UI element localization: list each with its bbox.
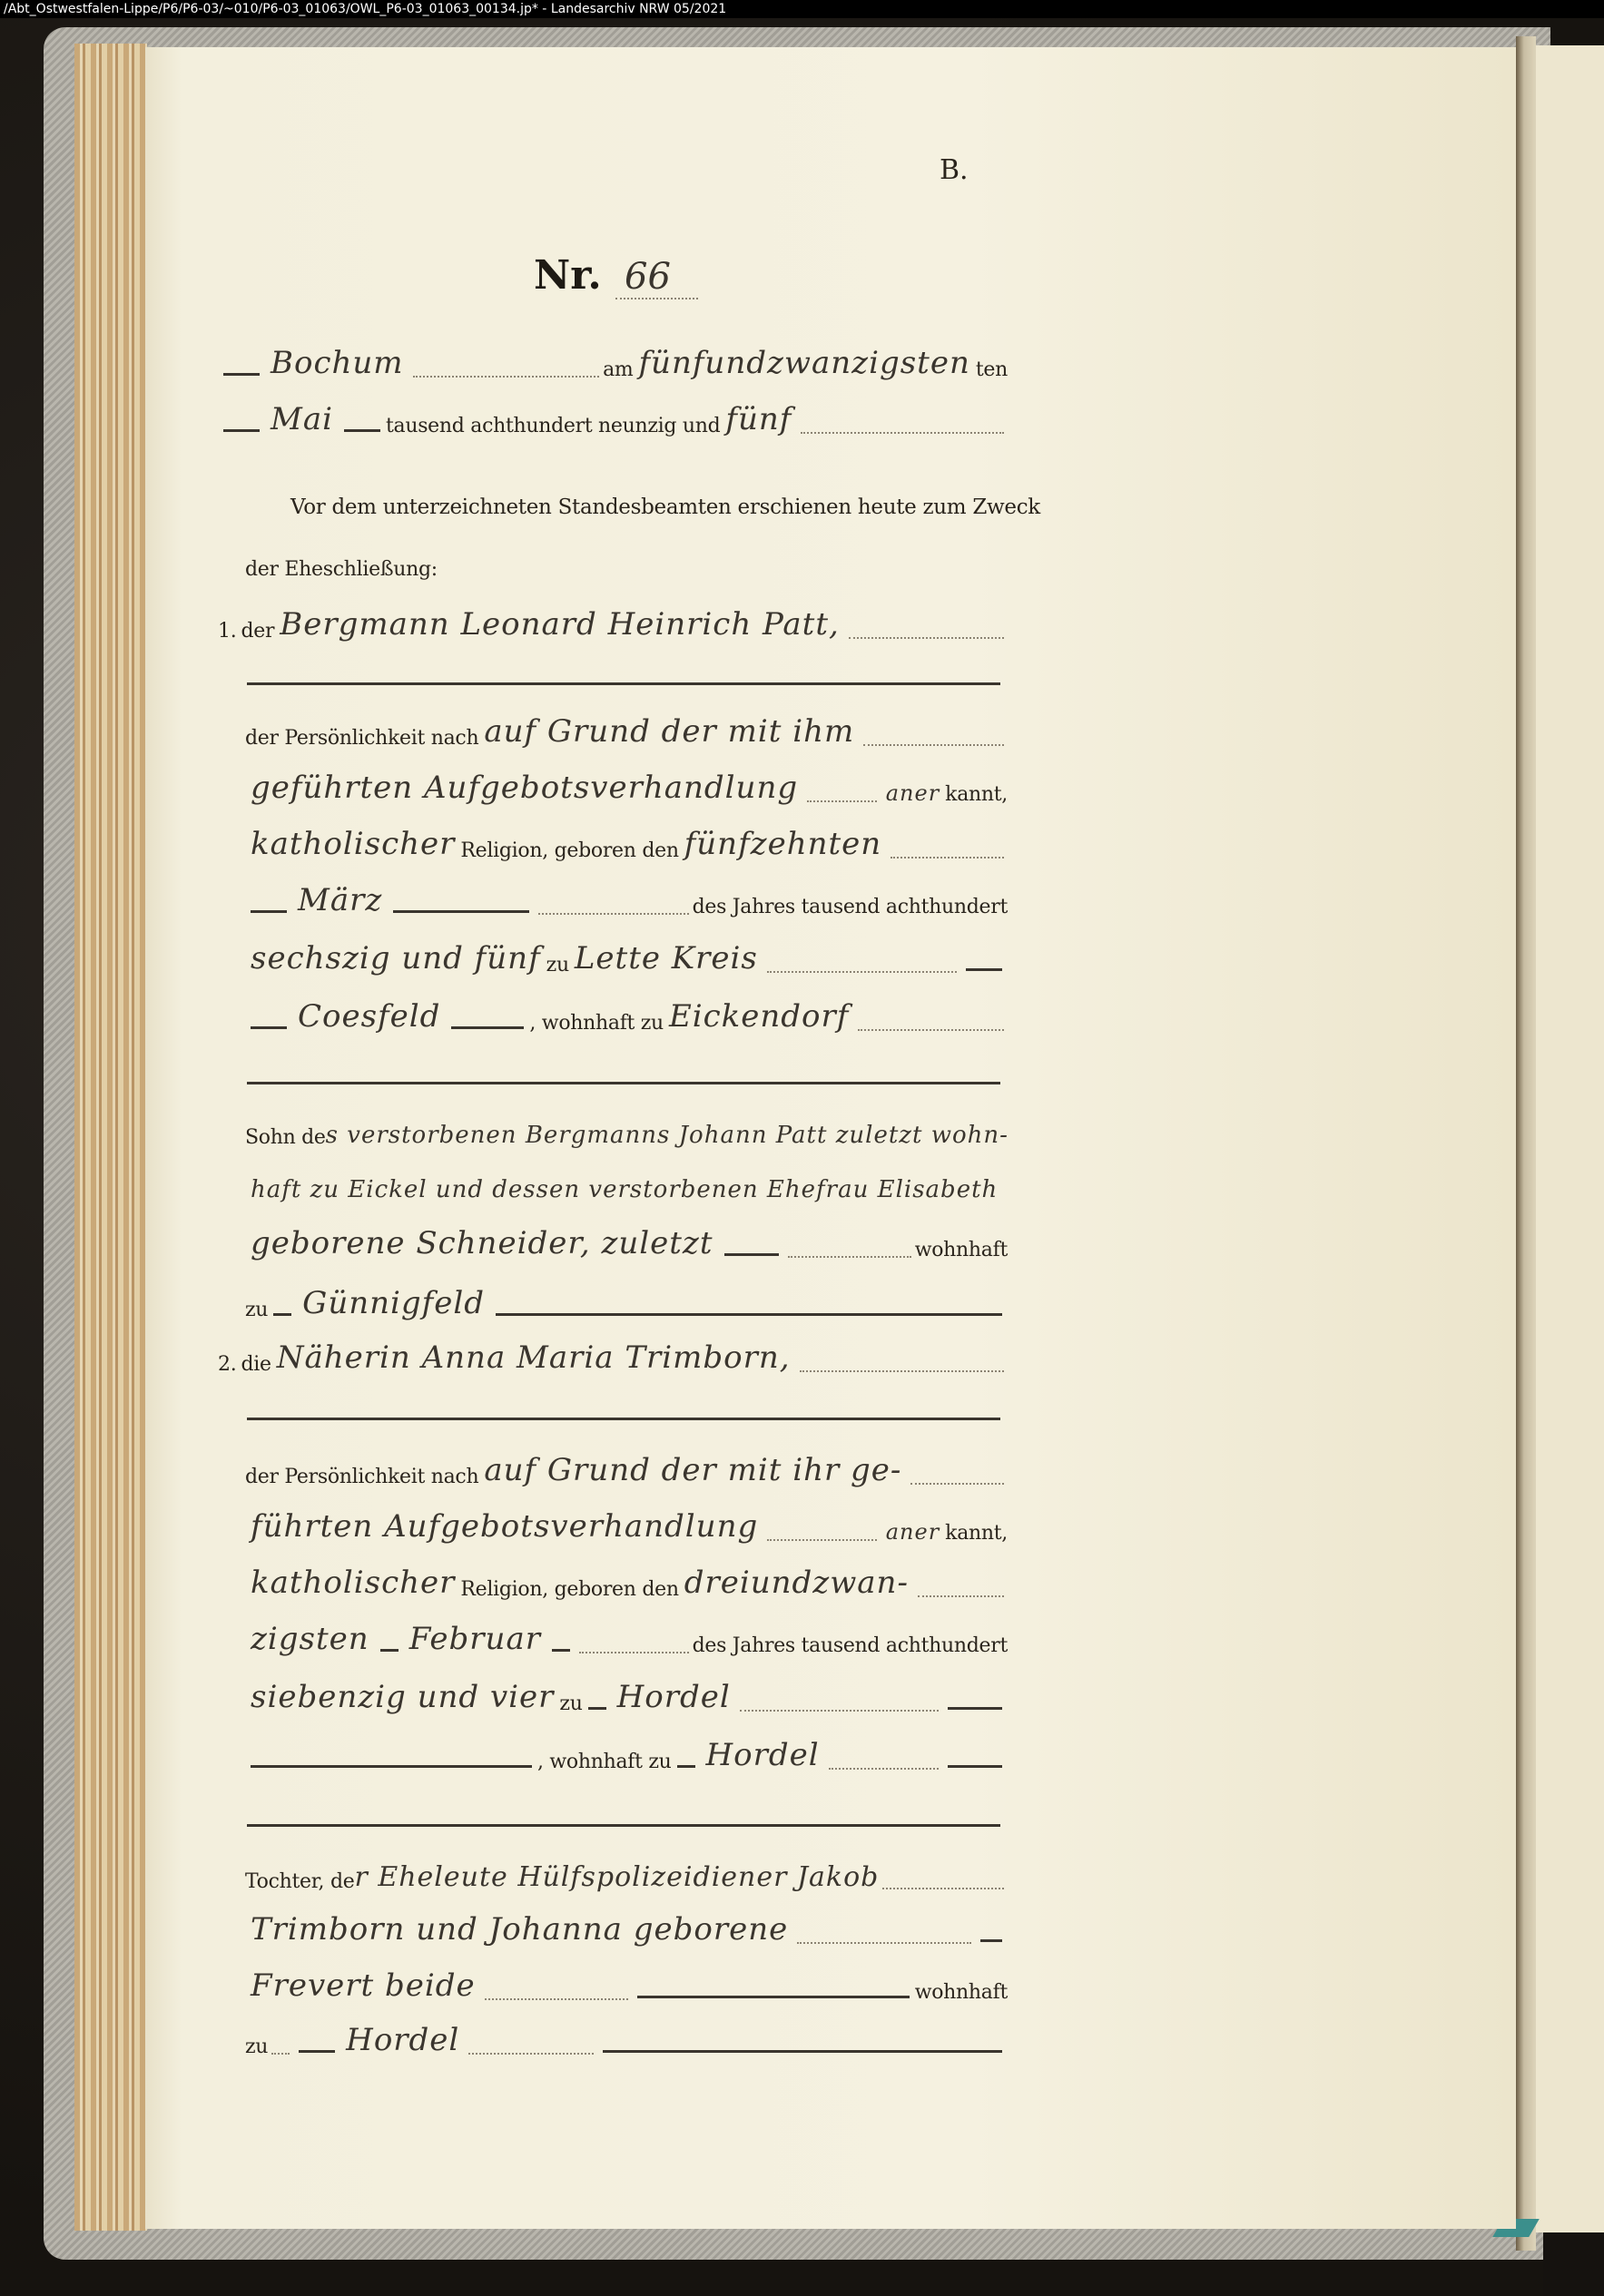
filler-dash	[223, 429, 260, 432]
groom-year-row: sechszig und fünf zu Lette Kreis	[245, 931, 1008, 976]
residence-label: , wohnhaft zu	[537, 1751, 672, 1773]
year-text: tausend achthundert neunzig und	[386, 415, 720, 437]
date-row: Mai tausend achthundert neunzig und fünf	[218, 392, 1008, 437]
day-hand: fünfundzwanzigsten	[633, 345, 975, 381]
dotted-fill	[485, 1998, 628, 2000]
groom-identity-row: der Persönlichkeit nach auf Grund der mi…	[245, 704, 1008, 750]
groom-number: 1.	[218, 620, 236, 643]
window-title: /Abt_Ostwestfalen-Lippe/P6/P6-03/~010/P6…	[4, 2, 726, 16]
birth-month-hand: Februar	[404, 1621, 546, 1657]
place-hand: Bochum	[265, 345, 409, 381]
dotted-fill	[767, 1539, 876, 1541]
dotted-fill	[863, 744, 1004, 746]
intro-text-1: Vor dem unterzeichneten Standesbeamten e…	[290, 496, 1040, 519]
intro-row-2: der Eheschließung:	[245, 535, 1035, 581]
filler-dash	[980, 1939, 1002, 1942]
bride-identity-row: der Persönlichkeit nach auf Grund der mi…	[245, 1443, 1008, 1488]
intro-text-2: der Eheschließung:	[245, 558, 438, 581]
kannt-label: kannt,	[945, 1522, 1008, 1545]
identity-hand-2: führten Aufgebotsverhandlung	[245, 1508, 763, 1545]
groom-parents-row-1: Sohn de s verstorbenen Bergmanns Johann …	[245, 1104, 1008, 1149]
month-hand: Mai	[265, 401, 339, 437]
right-page	[1536, 45, 1604, 2232]
filler-dash	[299, 2050, 335, 2053]
filler-dash	[223, 373, 260, 376]
filler-dash	[603, 2050, 1002, 2053]
bride-religion-row: katholischer Religion, geboren den dreiu…	[245, 1555, 1008, 1601]
filler-dash	[948, 1707, 1002, 1710]
groom-parents-row-2: haft zu Eickel und dessen verstorbenen E…	[245, 1158, 1008, 1203]
filler-dash	[380, 1649, 399, 1652]
dotted-fill	[271, 2053, 290, 2055]
zu-label: zu	[245, 1299, 268, 1321]
groom-name: Bergmann Leonard Heinrich Patt,	[274, 606, 845, 643]
dotted-fill	[918, 1595, 1004, 1597]
filler-dash	[966, 968, 1002, 971]
parents-hand-3: geborene Schneider, zuletzt	[245, 1225, 719, 1261]
dotted-fill	[849, 637, 1004, 639]
birth-month-hand: März	[292, 882, 388, 918]
book-gutter	[1516, 36, 1536, 2251]
parents-hand-2: haft zu Eickel und dessen verstorbenen E…	[245, 1176, 1003, 1203]
filler-dash	[451, 1026, 524, 1029]
filler-dash	[552, 1649, 570, 1652]
birth-year-hand: siebenzig und vier	[245, 1679, 559, 1715]
dotted-fill	[807, 800, 877, 802]
filler-dash	[637, 1996, 910, 1998]
birth-year-hand: sechszig und fünf	[245, 940, 546, 976]
birth-place-hand: Hordel	[612, 1679, 736, 1715]
dotted-fill	[858, 1029, 1004, 1031]
dotted-fill	[538, 913, 688, 915]
parents-label: Tochter, de	[245, 1870, 354, 1893]
dotted-fill	[413, 376, 600, 378]
filler-dash	[677, 1765, 695, 1768]
birth-day-hand-2: zigsten	[245, 1621, 375, 1657]
residence-hand: Eickendorf	[664, 998, 854, 1035]
filler-dash	[251, 1765, 532, 1768]
birth-place-hand-2: Coesfeld	[292, 998, 446, 1035]
bride-parents-row-1: Tochter, de r Eheleute Hülfspolizeidiene…	[245, 1848, 1008, 1893]
entry-number: 66	[615, 256, 698, 299]
identity-hand: auf Grund der mit ihr ge-	[478, 1452, 907, 1488]
parents-residence-label: wohnhaft	[915, 1981, 1008, 2004]
dotted-fill	[829, 1768, 939, 1770]
page-edges	[74, 44, 147, 2231]
bride-parents-row-3: Frevert beide wohnhaft	[245, 1958, 1008, 2004]
parents-residence-hand: Günnigfeld	[297, 1285, 490, 1321]
birth-place-hand: Lette Kreis	[569, 940, 763, 976]
bride-residence-row: , wohnhaft zu Hordel	[245, 1728, 1008, 1773]
birth-day-hand: dreiundzwan-	[679, 1565, 914, 1601]
entry-label: Nr.	[534, 252, 602, 299]
groom-parents-row-3: geborene Schneider, zuletzt wohnhaft	[245, 1216, 1008, 1261]
dotted-fill	[579, 1652, 689, 1653]
groom-residence-row: Coesfeld , wohnhaft zu Eickendorf	[245, 989, 1008, 1035]
filler-dash	[724, 1253, 779, 1256]
residence-label: , wohnhaft zu	[529, 1012, 664, 1035]
entry-number-heading: Nr. 66	[534, 252, 698, 299]
dotted-fill	[740, 1710, 939, 1712]
dotted-fill	[801, 432, 1004, 434]
religion-label: Religion, geboren den	[460, 839, 678, 862]
residence-hand: Hordel	[701, 1737, 825, 1773]
parents-residence-hand: Hordel	[340, 2022, 465, 2058]
filler-dash	[344, 429, 380, 432]
parents-hand-1: r Eheleute Hülfspolizeidiener Jakob	[354, 1861, 879, 1893]
zu-label: zu	[245, 2036, 268, 2058]
dotted-fill	[767, 971, 957, 973]
identity-label: der Persönlichkeit nach	[245, 727, 478, 750]
filler-dash	[251, 1026, 287, 1029]
identity-hand-2b: aner	[881, 1519, 945, 1545]
religion-hand: katholischer	[245, 1565, 460, 1601]
intro-row-1: Vor dem unterzeichneten Standesbeamten e…	[290, 474, 1008, 519]
identity-hand: auf Grund der mit ihm	[478, 713, 860, 750]
section-rule	[247, 1082, 1000, 1084]
bride-number: 2.	[218, 1353, 236, 1376]
filler-dash	[948, 1765, 1002, 1768]
identity-label: der Persönlichkeit nach	[245, 1466, 478, 1488]
filler-dash	[393, 910, 529, 913]
filler-dash	[496, 1313, 1002, 1316]
window-title-bar: /Abt_Ostwestfalen-Lippe/P6/P6-03/~010/P6…	[0, 0, 1604, 18]
parents-residence-label: wohnhaft	[915, 1239, 1008, 1261]
religion-label: Religion, geboren den	[460, 1578, 678, 1601]
parents-hand-2: Trimborn und Johanna geborene	[245, 1911, 793, 1948]
groom-month-row: März des Jahres tausend achthundert	[245, 873, 1008, 918]
zu-label: zu	[559, 1693, 582, 1715]
dotted-fill	[882, 1888, 1004, 1889]
groom-religion-row: katholischer Religion, geboren den fünfz…	[245, 817, 1008, 862]
dotted-fill	[797, 1942, 971, 1944]
parents-hand-3: Frevert beide	[245, 1967, 481, 2004]
am-label: am	[603, 358, 633, 381]
birth-day-hand: fünfzehnten	[679, 826, 887, 862]
bride-year-row: siebenzig und vier zu Hordel	[245, 1670, 1008, 1715]
dotted-fill	[910, 1483, 1004, 1485]
groom-parents-residence-row: zu Günnigfeld	[245, 1276, 1008, 1321]
bride-parents-row-2: Trimborn und Johanna geborene	[245, 1902, 1008, 1948]
filler-dash	[273, 1313, 291, 1316]
religion-hand: katholischer	[245, 826, 460, 862]
groom-label: der	[241, 620, 274, 643]
year-label: des Jahres tausend achthundert	[693, 1634, 1008, 1657]
ten-suffix: ten	[976, 358, 1008, 381]
parents-hand-1: s verstorbenen Bergmanns Johann Patt zul…	[326, 1122, 1009, 1149]
zu-label: zu	[546, 954, 569, 976]
year-hand: fünf	[720, 401, 797, 437]
bride-identity-row-2: führten Aufgebotsverhandlung aner kannt,	[245, 1499, 1008, 1545]
book-cover-corner	[1543, 2232, 1604, 2296]
dotted-fill	[891, 857, 1004, 859]
parents-label: Sohn de	[245, 1126, 326, 1149]
dotted-fill	[468, 2053, 594, 2055]
groom-name-row: 1. der Bergmann Leonard Heinrich Patt,	[218, 597, 1008, 643]
section-rule	[247, 1418, 1000, 1420]
section-rule	[247, 1824, 1000, 1827]
identity-hand-2: geführten Aufgebotsverhandlung	[245, 770, 803, 806]
bride-parents-residence-row: zu Hordel	[245, 2013, 1008, 2058]
kannt-label: kannt,	[945, 783, 1008, 806]
dotted-fill	[788, 1256, 911, 1258]
bride-name-row: 2. die Näherin Anna Maria Trimborn,	[218, 1330, 1008, 1376]
filler-dash	[588, 1707, 606, 1710]
dotted-fill	[800, 1370, 1004, 1372]
register-letter: B.	[940, 154, 969, 186]
filler-dash	[251, 910, 287, 913]
groom-identity-row-2: geführten Aufgebotsverhandlung aner kann…	[245, 760, 1008, 806]
place-row: Bochum am fünfundzwanzigsten ten	[218, 336, 1008, 381]
bride-label: die	[241, 1353, 271, 1376]
bride-name: Näherin Anna Maria Trimborn,	[271, 1339, 796, 1376]
year-label: des Jahres tausend achthundert	[693, 896, 1008, 918]
section-rule	[247, 682, 1000, 685]
bride-month-row: zigsten Februar des Jahres tausend achth…	[245, 1612, 1008, 1657]
identity-hand-2b: aner	[881, 780, 945, 806]
